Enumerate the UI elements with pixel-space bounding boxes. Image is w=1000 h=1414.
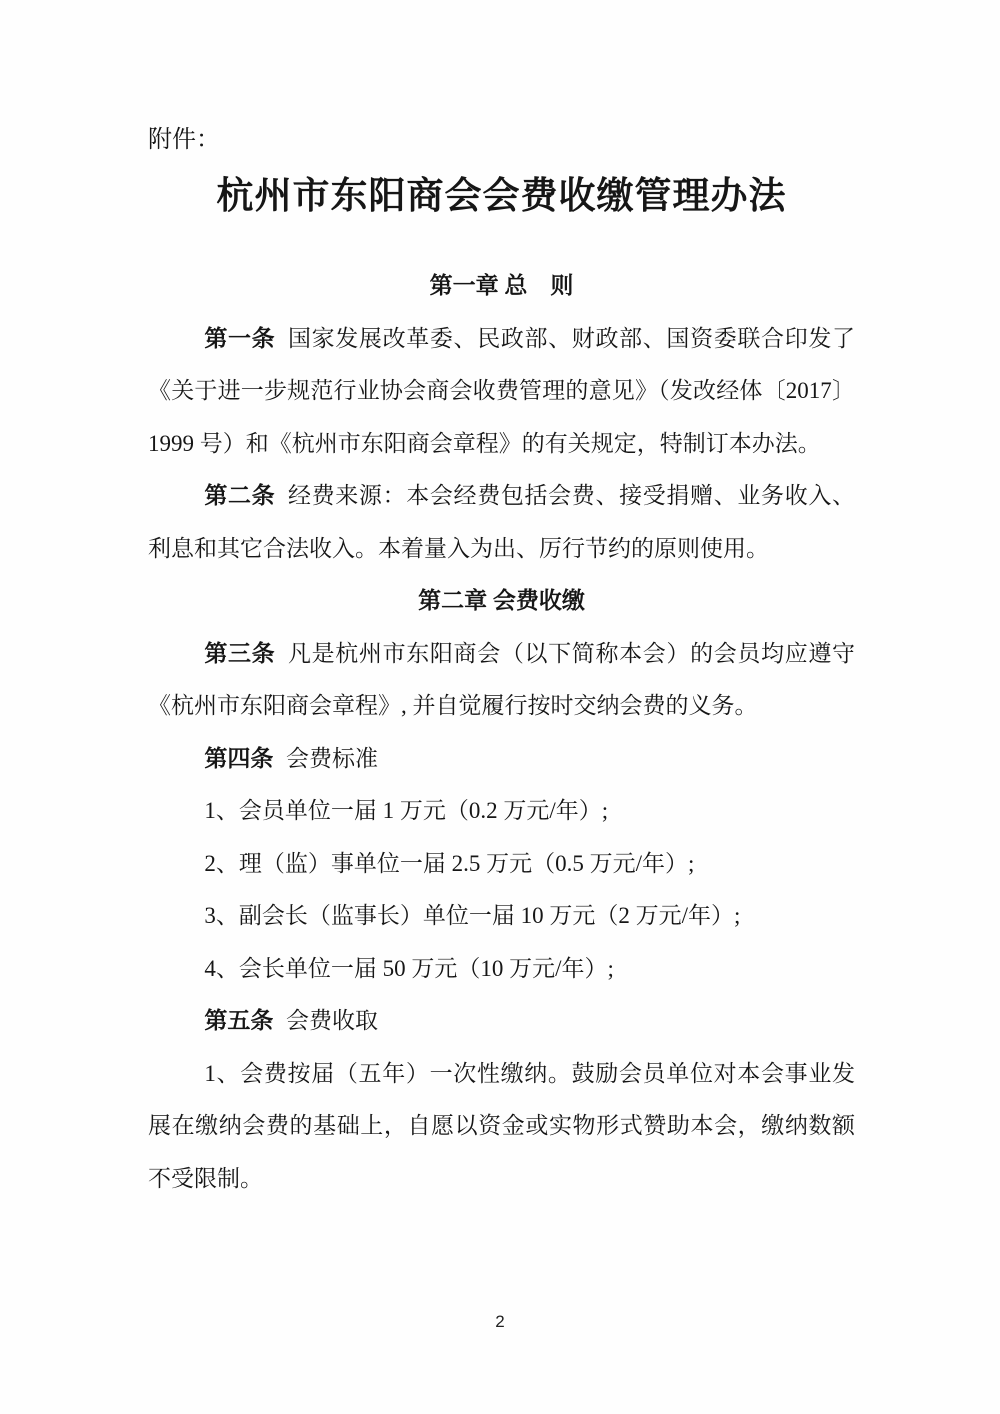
chapter-2-heading: 第二章 会费收缴 bbox=[148, 575, 855, 628]
article-4: 第四条会费标准 bbox=[148, 733, 855, 786]
article-3: 第三条凡是杭州市东阳商会（以下简称本会）的会员均应遵守《杭州市东阳商会章程》, … bbox=[148, 628, 855, 733]
article-5-label: 第五条 bbox=[204, 1008, 273, 1033]
article-4-text: 会费标准 bbox=[286, 746, 378, 771]
fee-item-president: 4、会长单位一届 50 万元（10 万元/年）; bbox=[148, 943, 855, 996]
attachment-label: 附件： bbox=[148, 122, 855, 158]
article-5-text: 会费收取 bbox=[286, 1008, 378, 1033]
fee-item-vice-president: 3、副会长（监事长）单位一届 10 万元（2 万元/年）; bbox=[148, 890, 855, 943]
article-1: 第一条国家发展改革委、民政部、财政部、国资委联合印发了《关于进一步规范行业协会商… bbox=[148, 313, 855, 471]
collection-paragraph: 1、会费按届（五年）一次性缴纳。鼓励会员单位对本会事业发展在缴纳会费的基础上，自… bbox=[148, 1048, 855, 1206]
article-3-label: 第三条 bbox=[204, 641, 275, 666]
chapter-1-heading: 第一章 总 则 bbox=[148, 260, 855, 313]
document-title: 杭州市东阳商会会费收缴管理办法 bbox=[148, 172, 855, 222]
fee-item-director: 2、理（监）事单位一届 2.5 万元（0.5 万元/年）; bbox=[148, 838, 855, 891]
page-number: 2 bbox=[0, 1312, 1000, 1332]
article-5: 第五条会费收取 bbox=[148, 995, 855, 1048]
document-page: 附件： 杭州市东阳商会会费收缴管理办法 第一章 总 则 第一条国家发展改革委、民… bbox=[0, 0, 1000, 1414]
article-2-label: 第二条 bbox=[204, 483, 275, 508]
article-2: 第二条经费来源：本会经费包括会费、接受捐赠、业务收入、利息和其它合法收入。本着量… bbox=[148, 470, 855, 575]
article-4-label: 第四条 bbox=[204, 746, 273, 771]
document-body: 第一章 总 则 第一条国家发展改革委、民政部、财政部、国资委联合印发了《关于进一… bbox=[148, 260, 855, 1205]
fee-item-member: 1、会员单位一届 1 万元（0.2 万元/年）; bbox=[148, 785, 855, 838]
article-1-label: 第一条 bbox=[204, 326, 275, 351]
